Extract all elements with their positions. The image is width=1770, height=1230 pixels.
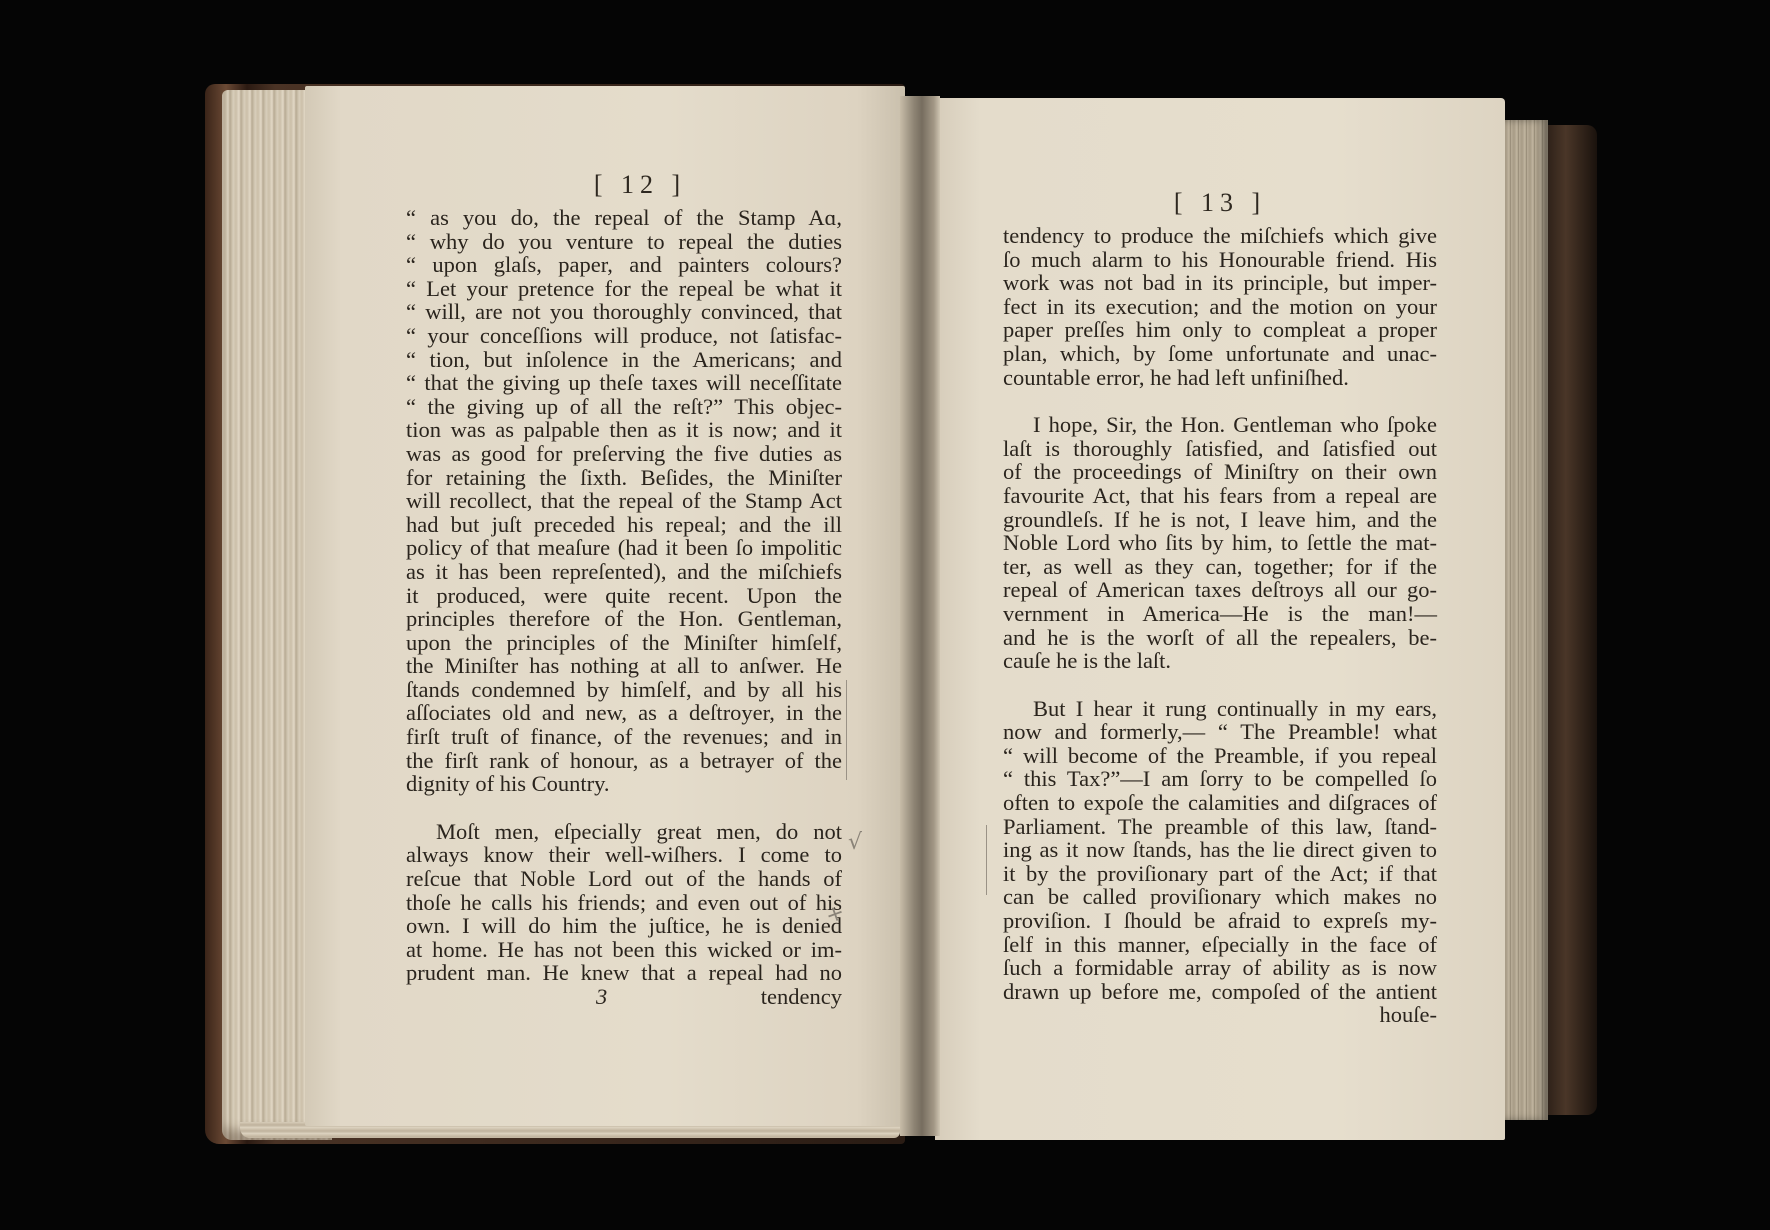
text-line: dignity of his Country.	[406, 772, 842, 796]
page-number-left: [ 12 ]	[560, 170, 720, 200]
text-line: thoſe he calls his friends; and even out…	[406, 891, 842, 915]
text-line: ſo much alarm to his Honourable friend. …	[1003, 248, 1437, 272]
right-page-edges	[1503, 120, 1548, 1120]
text-line: tion was as palpable then as it is now; …	[406, 418, 842, 442]
text-line: policy of that meaſure (had it been ſo i…	[406, 536, 842, 560]
pencil-margin-line	[846, 680, 847, 780]
text-line: always know their well-wiſhers. I come t…	[406, 843, 842, 867]
text-line: own. I will do him the juſtice, he is de…	[406, 914, 842, 938]
text-line: But I hear it rung continually in my ear…	[1003, 697, 1437, 721]
text-line: plan, which, by ſome unfortunate and una…	[1003, 342, 1437, 366]
text-line: I hope, Sir, the Hon. Gentleman who ſpok…	[1003, 413, 1437, 437]
text-line: it by the proviſionary part of the Act; …	[1003, 862, 1437, 886]
text-line: ſelf in this manner, eſpecially in the f…	[1003, 933, 1437, 957]
text-line: “ the giving up of all the reſt?” This o…	[406, 395, 842, 419]
text-line: tendency to produce the miſchiefs which …	[1003, 224, 1437, 248]
book-gutter	[900, 96, 940, 1136]
pencil-margin-line	[986, 825, 987, 895]
text-line: the Miniſter has nothing at all to anſwe…	[406, 654, 842, 678]
text-line: “ your conceſſions will produce, not ſat…	[406, 324, 842, 348]
text-line: drawn up before me, compoſed of the anti…	[1003, 980, 1437, 1004]
text-line: the firſt rank of honour, as a betrayer …	[406, 749, 842, 773]
pencil-check-mark: √	[848, 830, 862, 855]
text-line: prudent man. He knew that a repeal had n…	[406, 961, 842, 985]
text-line: had but juſt preceded his repeal; and th…	[406, 513, 842, 537]
page-footer-left: 3 tendency	[406, 985, 842, 1009]
text-line: “ as you do, the repeal of the Stamp Aɑ,	[406, 206, 842, 230]
text-line: reſcue that Noble Lord out of the hands …	[406, 867, 842, 891]
text-line: Parliament. The preamble of this law, ſt…	[1003, 815, 1437, 839]
text-line: fect in its execution; and the motion on…	[1003, 295, 1437, 319]
paragraph: Moſt men, eſpecially great men, do not a…	[406, 820, 842, 985]
text-line: countable error, he had left unfiniſhed.	[1003, 366, 1437, 390]
text-line: of the proceedings of Miniſtry on their …	[1003, 460, 1437, 484]
text-line: as it has been repreſented), and the miſ…	[406, 560, 842, 584]
text-line: aſſociates old and new, as a deſtroyer, …	[406, 701, 842, 725]
signature-mark: 3	[596, 985, 607, 1009]
text-line: can be called proviſionary which makes n…	[1003, 885, 1437, 909]
text-line: it produced, were quite recent. Upon the	[406, 584, 842, 608]
text-line: Noble Lord who ſits by him, to ſettle th…	[1003, 531, 1437, 555]
text-line: “ will become of the Preamble, if you re…	[1003, 744, 1437, 768]
left-page-text: “ as you do, the repeal of the Stamp Aɑ,…	[406, 206, 842, 1009]
text-line: “ upon glaſs, paper, and painters colour…	[406, 253, 842, 277]
text-line: ſuch a formidable array of ability as is…	[1003, 956, 1437, 980]
text-line: for retaining the ſixth. Beſides, the Mi…	[406, 466, 842, 490]
open-book: [ 12 ] “ as you do, the repeal of the St…	[0, 0, 1770, 1230]
paragraph: But I hear it rung continually in my ear…	[1003, 697, 1437, 1004]
text-line: and he is the worſt of all the repealers…	[1003, 626, 1437, 650]
paragraph: “ as you do, the repeal of the Stamp Aɑ,…	[406, 206, 842, 796]
paragraph: I hope, Sir, the Hon. Gentleman who ſpok…	[1003, 413, 1437, 673]
text-line: repeal of American taxes deſtroys all ou…	[1003, 578, 1437, 602]
text-line: “ why do you venture to repeal the dutie…	[406, 230, 842, 254]
text-line: vernment in America—He is the man!—	[1003, 602, 1437, 626]
text-line: laſt is thoroughly ſatisfied, and ſatisf…	[1003, 437, 1437, 461]
text-line: cauſe he is the laſt.	[1003, 649, 1437, 673]
text-line: “ will, are not you thoroughly convinced…	[406, 300, 842, 324]
text-line: principles therefore of the Hon. Gentlem…	[406, 607, 842, 631]
text-line: was as good for preſerving the five duti…	[406, 442, 842, 466]
paragraph: tendency to produce the miſchiefs which …	[1003, 224, 1437, 389]
right-page-text: tendency to produce the miſchiefs which …	[1003, 224, 1437, 1027]
text-line: groundleſs. If he is not, I leave him, a…	[1003, 508, 1437, 532]
text-line: upon the principles of the Miniſter himſ…	[406, 631, 842, 655]
page-number-right: [ 13 ]	[1140, 188, 1300, 218]
catchword: tendency	[761, 985, 842, 1009]
text-line: firſt truſt of finance, of the revenues;…	[406, 725, 842, 749]
text-line: often to expoſe the calamities and diſgr…	[1003, 791, 1437, 815]
text-line: at home. He has not been this wicked or …	[406, 938, 842, 962]
text-line: “ this Tax?”—I am ſorry to be compelled …	[1003, 767, 1437, 791]
text-line: “ Let your pretence for the repeal be wh…	[406, 277, 842, 301]
catchword: houſe-	[1003, 1003, 1437, 1027]
right-cover	[1545, 125, 1597, 1115]
text-line: now and formerly,— “ The Preamble! what	[1003, 720, 1437, 744]
text-line: will recollect, that the repeal of the S…	[406, 489, 842, 513]
text-line: favourite Act, that his fears from a rep…	[1003, 484, 1437, 508]
text-line: work was not bad in its principle, but i…	[1003, 271, 1437, 295]
text-line: proviſion. I ſhould be afraid to expreſs…	[1003, 909, 1437, 933]
text-line: ing as it now ſtands, has the lie direct…	[1003, 838, 1437, 862]
text-line: “ that the giving up theſe taxes will ne…	[406, 371, 842, 395]
text-line: paper preſſes him only to compleat a pro…	[1003, 318, 1437, 342]
text-line: ſtands condemned by himſelf, and by all …	[406, 678, 842, 702]
text-line: Moſt men, eſpecially great men, do not	[406, 820, 842, 844]
text-line: “ tion, but inſolence in the Americans; …	[406, 348, 842, 372]
text-line: ter, as well as they can, together; for …	[1003, 555, 1437, 579]
